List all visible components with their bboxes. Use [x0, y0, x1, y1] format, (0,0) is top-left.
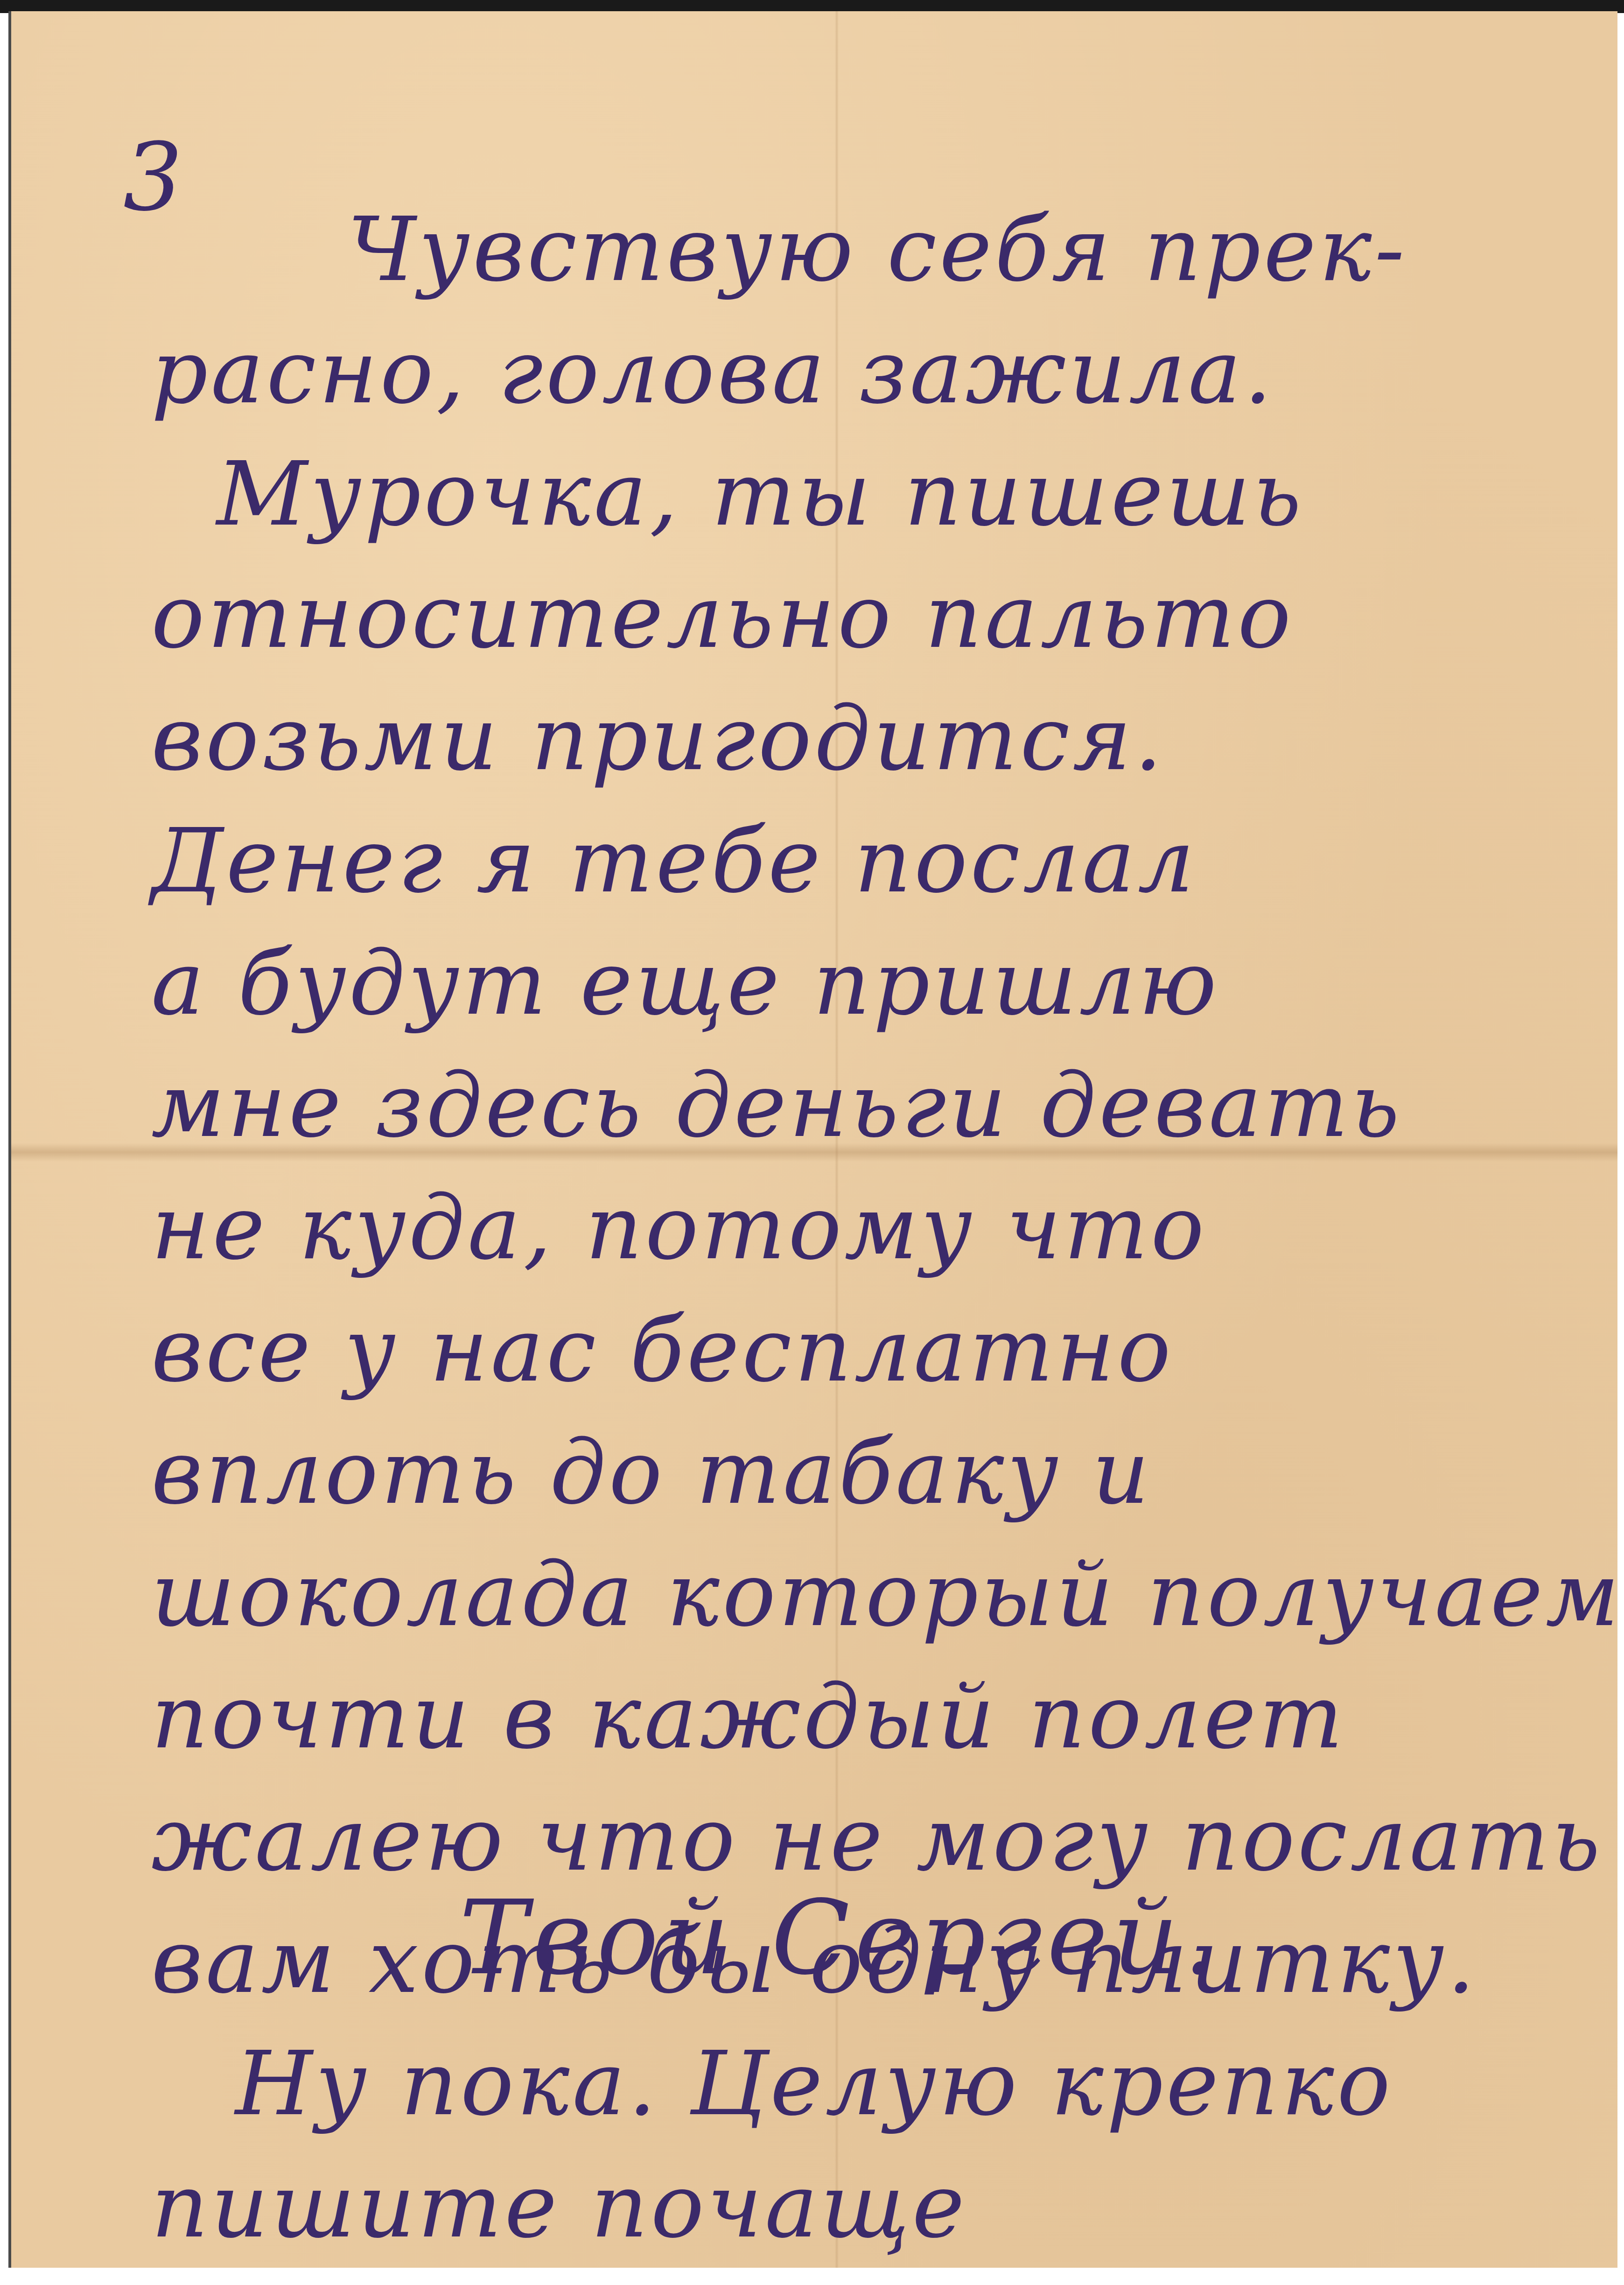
letter-line: относительно пальто [151, 555, 1551, 678]
letter-line: а будут еще пришлю [151, 922, 1551, 1044]
letter-line: Ну пока. Целую крепко [151, 2023, 1551, 2145]
letter-line: Денег я тебе послал [151, 800, 1551, 922]
letter-line: Мурочка, ты пишешь [151, 433, 1551, 555]
letter-line: все у нас бесплатно [151, 1289, 1551, 1411]
letter-line: мне здесь деньги девать [151, 1044, 1551, 1167]
letter-line: Чувствую себя прек- [151, 189, 1551, 311]
letter-line: расно, голова зажила. [151, 311, 1551, 433]
letter-line: пишите почаще [151, 2145, 1551, 2267]
letter-line: почти в каждый полет [151, 1656, 1551, 1778]
letter-page: 3 Чувствую себя прек- расно, голова зажи… [8, 11, 1617, 2268]
letter-line: не куда, потому что [151, 1167, 1551, 1289]
letter-line: вплоть до табаку и [151, 1411, 1551, 1534]
letter-line: возьми пригодится. [151, 678, 1551, 800]
letter-line: шоколада который получаем [151, 1534, 1551, 1656]
signature: Твой Сергей. [459, 1878, 1220, 1998]
